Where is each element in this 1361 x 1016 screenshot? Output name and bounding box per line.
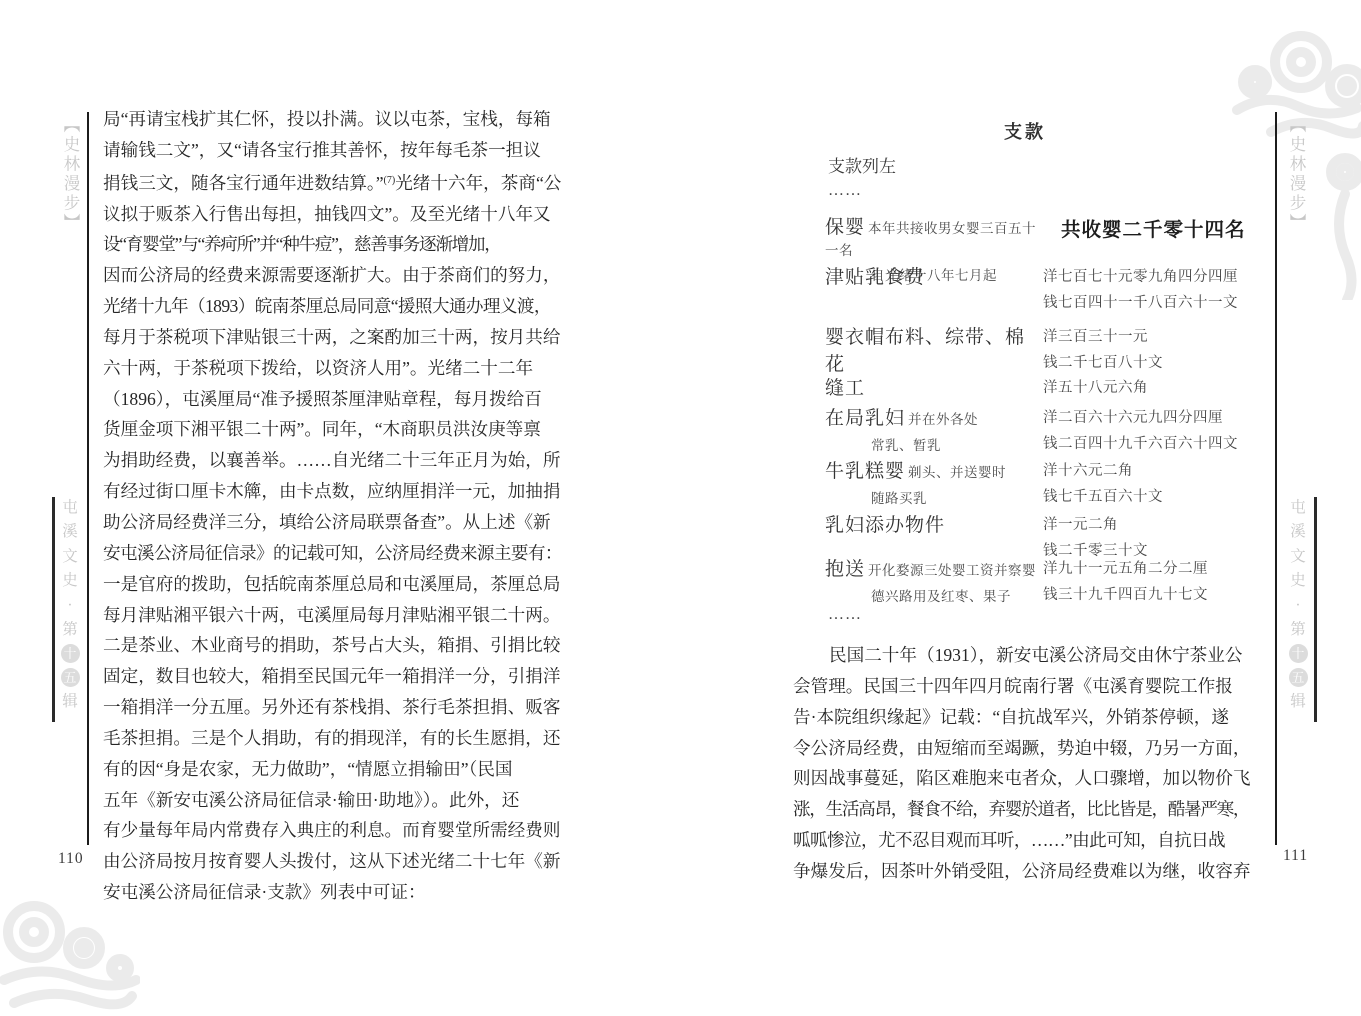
volume-char: 屯 — [62, 498, 78, 517]
table-title: 支款 — [790, 118, 1260, 144]
page-number-right: 111 — [1283, 847, 1308, 865]
row-label: 在局乳妇并在外各处常乳、暂乳 — [825, 403, 1043, 454]
volume-char: 辑 — [62, 692, 78, 711]
volume-char: 辑 — [1290, 692, 1306, 711]
volume-char: · — [67, 596, 72, 615]
text-line: 六十两，于茶税项下拨给，以资济人用”。光绪二十二年 — [103, 353, 573, 384]
table-row: 津贴乳食费 洋七百七十元零九角四分四厘钱七百四十一千八百六十一文 — [825, 262, 1260, 316]
volume-char: · — [1295, 596, 1300, 615]
row-label: 抱送开化婺源三处婴工资并察婴德兴路用及红枣、果子 — [825, 554, 1043, 605]
row-values: 洋七百七十元零九角四分四厘钱七百四十一千八百六十一文 — [1043, 262, 1260, 316]
series-label-left: 【史林漫步】 — [56, 116, 82, 233]
row-values: 洋二百六十六元九四分四厘钱二百四十九千六百六十四文 — [1043, 403, 1260, 457]
text-line: 设“育婴堂”与“养疴所”并“种牛痘”，慈善事务逐渐增加， — [103, 229, 573, 260]
row-note: 剃头、并送婴时 — [908, 465, 1006, 480]
text-line: 会管理。民国三十四年四月皖南行署《屯溪育婴院工作报 — [793, 671, 1260, 702]
table-row: 抱送开化婺源三处婴工资并察婴德兴路用及红枣、果子 洋九十一元五角二分二厘钱三十九… — [825, 554, 1260, 608]
text-segment: 光绪十六年，茶商“公 — [395, 173, 561, 193]
page-number-left: 110 — [58, 850, 84, 868]
table-row: 缝工 洋五十八元六角 — [825, 373, 1260, 401]
row-note-2: 随路买乳 — [871, 487, 1043, 507]
row-value: 洋一元二角 — [1043, 512, 1260, 538]
cloud-ornament-bottom-left — [0, 890, 140, 1016]
row-label-main: 保婴 — [825, 217, 865, 238]
volume-char: 溪 — [62, 522, 78, 541]
volume-char: 溪 — [1290, 522, 1306, 541]
row-label: 牛乳糕婴剃头、并送婴时随路买乳 — [825, 456, 1043, 507]
text-line: 一是官府的拨助，包括皖南茶厘总局和屯溪厘局，茶厘总局 — [103, 569, 573, 600]
row-value: 钱七千五百六十文 — [1043, 484, 1260, 510]
row-value: 钱三十九千四百九十七文 — [1043, 582, 1260, 608]
row-note: 开化婺源三处婴工资并察婴 — [868, 563, 1036, 578]
volume-char: 文 — [1290, 547, 1306, 566]
volume-char: 史 — [62, 571, 78, 590]
table-row: 牛乳糕婴剃头、并送婴时随路买乳 洋十六元二角钱七千五百六十文 — [825, 456, 1260, 510]
text-line: 光绪十九年（1893）皖南茶厘总局同意“援照大通办理义渡， — [103, 291, 573, 322]
text-line: 呱呱惨泣，尤不忍目观而耳听，……”由此可知，自抗日战 — [793, 825, 1260, 856]
text-line: 议拟于贩茶入行售出每担，抽钱四文”。及至光绪十八年又 — [103, 199, 573, 230]
text-line: 为捐助经费，以襄善举。……自光绪二十三年正月为始，所 — [103, 445, 573, 476]
volume-label-left: 屯 溪 文 史 · 第 十 五 辑 — [57, 498, 83, 712]
row-label-main: 乳妇添办物件 — [825, 515, 945, 536]
row-value: 洋三百三十一元 — [1043, 324, 1260, 350]
text-line: 涨，生活高昂，餐食不给，弃婴於道者，比比皆是，酷暑严寒， — [793, 794, 1260, 825]
volume-char: 史 — [1290, 571, 1306, 590]
text-line: 捐钱三文，随各宝行通年进数结算。”(7)光绪十六年，茶商“公 — [103, 166, 573, 199]
right-page-paragraph: 民国二十年（1931），新安屯溪公济局交由休宁茶业公 会管理。民国三十四年四月皖… — [793, 640, 1260, 887]
text-line: 民国二十年（1931），新安屯溪公济局交由休宁茶业公 — [793, 640, 1260, 671]
row-value: 洋二百六十六元九四分四厘 — [1043, 405, 1260, 431]
row-label-main: 婴衣帽布料、综带、棉花 — [825, 327, 1025, 375]
row-label: 缝工 — [825, 373, 1043, 400]
row-label-main: 缝工 — [825, 378, 865, 399]
row-label: 乳妇添办物件 — [825, 510, 1043, 537]
table-row: 婴衣帽布料、综带、棉花 洋三百三十一元钱二千七百八十文 — [825, 322, 1260, 376]
row-total: 共收婴二千零十四名 — [1043, 214, 1260, 242]
right-margin-rule — [1314, 497, 1317, 722]
text-line: 二是茶业、木业商号的捐助，茶号占大头，箱捐、引捐比较 — [103, 630, 573, 661]
text-line: （1896），屯溪厘局“准予援照茶厘津贴章程，每月拨给百 — [103, 384, 573, 415]
text-line: 则因战事蔓延，陷区难胞来屯者众，人口骤增，加以物价飞 — [793, 763, 1260, 794]
row-value: 洋九十一元五角二分二厘 — [1043, 556, 1260, 582]
book-spread: 【史林漫步】 【史林漫步】 屯 溪 文 史 · 第 十 五 辑 屯 溪 文 史 … — [0, 0, 1361, 1016]
text-line: 五年《新安屯溪公济局征信录·输田·助地》）。此外，还 — [103, 785, 573, 816]
table-row: 在局乳妇并在外各处常乳、暂乳 洋二百六十六元九四分四厘钱二百四十九千六百六十四文 — [825, 403, 1260, 457]
text-line: 每月津贴湘平银六十两，屯溪厘局每月津贴湘平银二十两。 — [103, 600, 573, 631]
row-values: 洋十六元二角钱七千五百六十文 — [1043, 456, 1260, 510]
row-values: 洋三百三十一元钱二千七百八十文 — [1043, 322, 1260, 376]
row-label-main: 津贴乳食费 — [825, 267, 925, 288]
row-value: 钱二百四十九千六百六十四文 — [1043, 431, 1260, 457]
text-line: 每月于茶税项下津贴银三十两，之案酌加三十两，按月共给 — [103, 322, 573, 353]
text-line: 请输钱二文”，又“请各宝行推其善怀，按年每毛茶一担议 — [103, 135, 573, 166]
row-value: 洋五十八元六角 — [1043, 375, 1260, 401]
row-label-main: 牛乳糕婴 — [825, 461, 905, 482]
left-page-rule — [87, 112, 89, 845]
text-line: 固定，数目也较大，箱捐至民国元年一箱捐洋一分，引捐洋 — [103, 661, 573, 692]
text-line: 局“再请宝栈扩其仁怀，投以扑满。议以屯茶，宝栈，每箱 — [103, 104, 573, 135]
volume-char: 第 — [1290, 620, 1306, 639]
row-values: 洋九十一元五角二分二厘钱三十九千四百九十七文 — [1043, 554, 1260, 608]
row-label-main: 在局乳妇 — [825, 408, 905, 429]
row-note-2: 德兴路用及红枣、果子 — [871, 585, 1043, 605]
row-label-main: 抱送 — [825, 559, 865, 580]
text-line: 有的因“身是农家，无力做助”，“情愿立捐输田”（民国 — [103, 754, 573, 785]
volume-char: 文 — [62, 547, 78, 566]
row-values: 洋五十八元六角 — [1043, 373, 1260, 401]
footnote-ref: (7) — [384, 175, 396, 186]
text-line: 令公济局经费，由短缩而至竭蹶，势迫中辍，乃另一方面， — [793, 733, 1260, 764]
table-subtitle: 支款列左 — [828, 152, 896, 177]
volume-number-badge: 五 — [61, 668, 80, 687]
text-line: 货厘金项下湘平银二十两”。同年，“木商职员洪汝庚等禀 — [103, 414, 573, 445]
left-page-body: 局“再请宝栈扩其仁怀，投以扑满。议以屯茶，宝栈，每箱 请输钱二文”，又“请各宝行… — [103, 104, 573, 908]
volume-char: 第 — [62, 620, 78, 639]
row-value: 洋十六元二角 — [1043, 458, 1260, 484]
left-margin-rule — [52, 497, 55, 722]
series-label-right: 【史林漫步】 — [1282, 116, 1308, 233]
row-value: 洋七百七十元零九角四分四厘 — [1043, 264, 1260, 290]
ellipsis: …… — [828, 606, 862, 624]
text-line: 安屯溪公济局征信录·支款》列表中可证： — [103, 877, 573, 908]
text-line: 因而公济局的经费来源需要逐渐扩大。由于茶商们的努力， — [103, 260, 573, 291]
text-line: 有经过街口厘卡木簰，由卡点数，应纳厘捐洋一元，加抽捐 — [103, 476, 573, 507]
text-line: 安屯溪公济局征信录》的记载可知，公济局经费来源主要有： — [103, 538, 573, 569]
row-note-2: 常乳、暂乳 — [871, 434, 1043, 454]
text-segment: 捐钱三文，随各宝行通年进数结算。” — [103, 173, 384, 193]
row-label: 津贴乳食费 — [825, 262, 1043, 289]
text-line: 有少量每年局内常费存入典庄的利息。而育婴堂所需经费则 — [103, 815, 573, 846]
text-line: 毛茶担捐。三是个人捐助，有的捐现洋，有的长生愿捐，还 — [103, 723, 573, 754]
row-note: 并在外各处 — [908, 412, 978, 427]
text-line: 由公济局按月按育婴人头拨付，这从下述光绪二十七年《新 — [103, 846, 573, 877]
text-line: 助公济局经费洋三分，填给公济局联票备查”。从上述《新 — [103, 507, 573, 538]
volume-label-right: 屯 溪 文 史 · 第 十 五 辑 — [1285, 498, 1311, 712]
row-value: 钱七百四十一千八百六十一文 — [1043, 290, 1260, 316]
text-line: 一箱捐洋一分五厘。另外还有茶栈捐、茶行毛茶担捐、贩客 — [103, 692, 573, 723]
right-page-rule — [1275, 112, 1277, 845]
volume-char: 屯 — [1290, 498, 1306, 517]
row-values: 共收婴二千零十四名 — [1043, 212, 1260, 242]
volume-number-badge: 十 — [1289, 644, 1308, 663]
volume-number-badge: 十 — [61, 644, 80, 663]
text-line: 告·本院组织缘起》记载：“自抗战军兴，外销茶停顿，遂 — [793, 702, 1260, 733]
row-label: 婴衣帽布料、综带、棉花 — [825, 322, 1043, 376]
text-line: 争爆发后，因茶叶外销受阻，公济局经费难以为继，收容弃 — [793, 856, 1260, 887]
ellipsis: …… — [828, 182, 862, 200]
volume-number-badge: 五 — [1289, 668, 1308, 687]
